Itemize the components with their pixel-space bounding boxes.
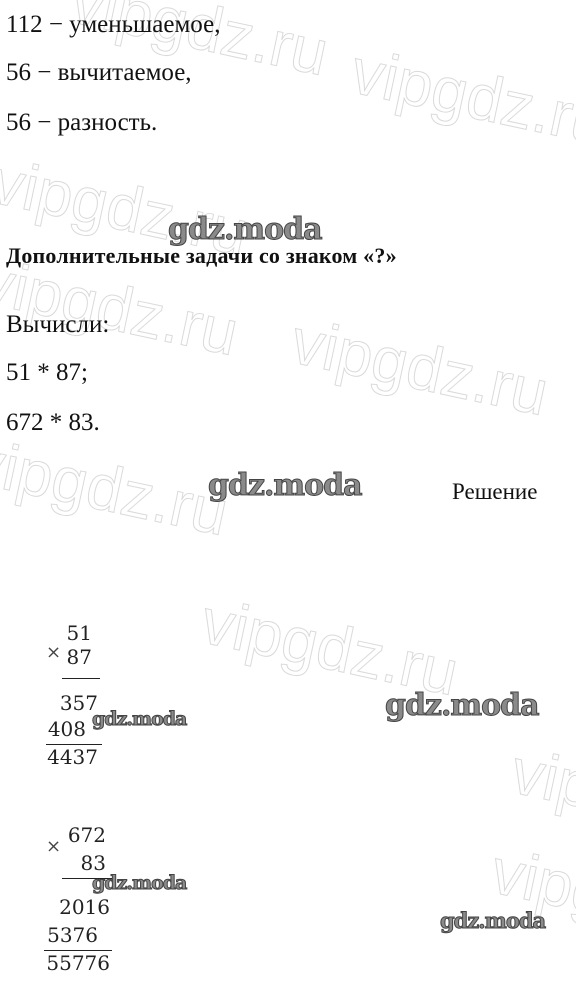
- multiplicand: 51: [67, 622, 92, 644]
- watermark-gdz: gdz.moda: [92, 872, 186, 894]
- watermark-gdz: gdz.moda: [440, 908, 545, 933]
- section-heading: Дополнительные задачи со знаком «?»: [6, 243, 397, 269]
- task-instruction: Вычисли:: [6, 310, 109, 340]
- answer-line-subtrahend: 56 − вычитаемое,: [6, 58, 192, 88]
- watermark-vipgdz: vipgdz.ru: [485, 834, 576, 960]
- multiply-icon: ×: [46, 642, 61, 663]
- partial-product: 5376: [47, 924, 98, 946]
- multiplier: 87: [67, 646, 92, 668]
- multiplier: 83: [81, 852, 106, 874]
- partial-product: 2016: [59, 896, 110, 918]
- watermark-gdz: gdz.moda: [168, 212, 322, 247]
- answer-line-difference: 56 − разность.: [6, 108, 157, 138]
- watermark-vipgdz: vipgdz.ru: [285, 304, 554, 430]
- watermark-gdz: gdz.moda: [385, 688, 539, 723]
- product-result: 55776: [46, 952, 110, 974]
- multiplicand: 672: [68, 824, 106, 846]
- watermark-vipgdz: vipgdz.ru: [505, 734, 576, 860]
- product-result: 4437: [47, 746, 98, 768]
- solution-label: Решение: [452, 479, 537, 505]
- watermark-vipgdz: vipgdz.ru: [0, 424, 235, 550]
- answer-line-minuend: 112 − уменьшаемое,: [6, 10, 220, 40]
- divider-line: [62, 678, 100, 679]
- task-expression: 51 * 87;: [6, 358, 88, 388]
- multiply-icon: ×: [46, 836, 61, 857]
- partial-product: 408: [48, 718, 86, 740]
- watermark-gdz: gdz.moda: [208, 468, 362, 503]
- column-multiplication-2: × 672 83 2016 5376 55776: [40, 822, 112, 982]
- watermark-vipgdz: vipgdz.ru: [345, 34, 576, 160]
- task-expression: 672 * 83.: [6, 408, 100, 438]
- watermark-gdz: gdz.moda: [92, 708, 186, 730]
- column-multiplication-1: × 51 87 357 408 4437: [40, 620, 100, 780]
